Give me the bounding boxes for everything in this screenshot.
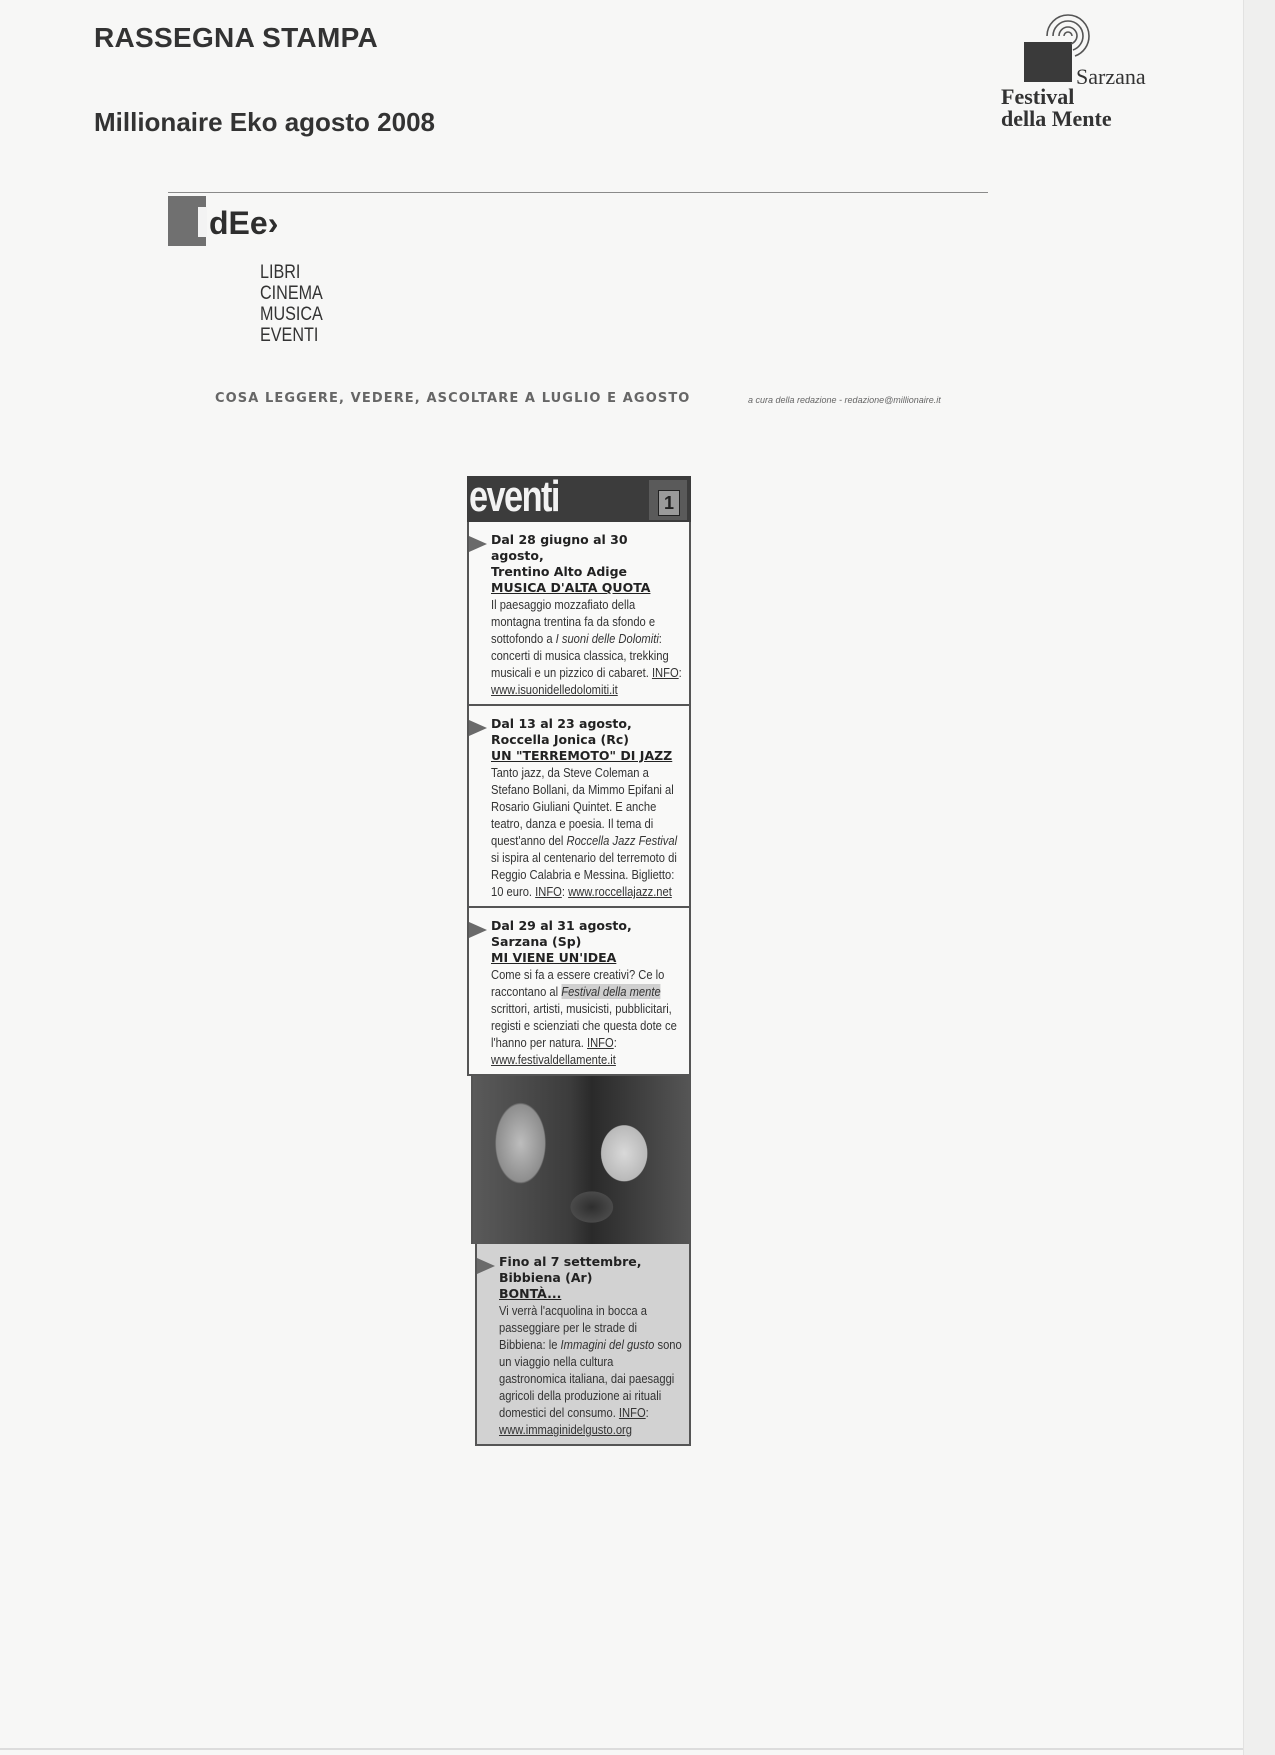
event-body: Tanto jazz, da Steve Coleman a Stefano B… bbox=[491, 764, 683, 900]
arrow-icon bbox=[477, 1258, 495, 1274]
calendar-badge: 1 bbox=[649, 480, 687, 520]
event-item: Dal 13 al 23 agosto, Roccella Jonica (Rc… bbox=[467, 706, 691, 908]
calendar-icon: 1 bbox=[658, 490, 680, 516]
eventi-heading: eventi bbox=[469, 472, 559, 522]
info-label: INFO bbox=[587, 1035, 614, 1050]
section-eventi: EVENTI bbox=[260, 325, 323, 346]
idee-first-letter bbox=[198, 207, 207, 237]
info-label: INFO bbox=[619, 1405, 646, 1420]
event-place: Roccella Jonica (Rc) bbox=[491, 732, 683, 748]
page-edge bbox=[1243, 0, 1275, 1755]
arrow-icon bbox=[469, 922, 487, 938]
event-link[interactable]: www.festivaldellamente.it bbox=[491, 1052, 616, 1067]
page-subtitle: Millionaire Eko agosto 2008 bbox=[94, 107, 435, 138]
eventi-header: eventi 1 bbox=[467, 476, 691, 522]
event-place: Trentino Alto Adige bbox=[491, 564, 683, 580]
event-title: MUSICA D'ALTA QUOTA bbox=[491, 580, 683, 596]
event-title: BONTÀ... bbox=[499, 1286, 683, 1302]
event-title: MI VIENE UN'IDEA bbox=[491, 950, 683, 966]
editorial-credit: a cura della redazione - redazione@milli… bbox=[748, 395, 941, 405]
info-label: INFO bbox=[652, 665, 679, 680]
logo-della-mente-text: della Mente bbox=[1001, 108, 1112, 130]
event-place: Sarzana (Sp) bbox=[491, 934, 683, 950]
section-cinema: CINEMA bbox=[260, 283, 323, 304]
logo-festival-text: Festival bbox=[1001, 86, 1112, 108]
arrow-icon bbox=[469, 536, 487, 552]
event-item: Fino al 7 settembre, Bibbiena (Ar) BONTÀ… bbox=[475, 1244, 691, 1446]
section-libri: LIBRI bbox=[260, 262, 323, 283]
couple-photo bbox=[471, 1076, 691, 1244]
event-body: Il paesaggio mozzafiato della montagna t… bbox=[491, 596, 683, 698]
event-title: UN "TERREMOTO" DI JAZZ bbox=[491, 748, 683, 764]
eventi-column: eventi 1 Dal 28 giugno al 30 agosto, Tre… bbox=[467, 476, 691, 1446]
spiral-icon bbox=[1038, 6, 1098, 66]
event-link[interactable]: www.isuonidelledolomiti.it bbox=[491, 682, 618, 697]
section-musica: MUSICA bbox=[260, 304, 323, 325]
idee-brand-text: dEe› bbox=[209, 205, 278, 241]
event-date: Dal 29 al 31 agosto, bbox=[491, 918, 683, 934]
event-body: Vi verrà l'acquolina in bocca a passeggi… bbox=[499, 1302, 683, 1438]
arrow-icon bbox=[469, 720, 487, 736]
event-date: Dal 13 al 23 agosto, bbox=[491, 716, 683, 732]
event-place: Bibbiena (Ar) bbox=[499, 1270, 683, 1286]
event-item: Dal 28 giugno al 30 agosto, Trentino Alt… bbox=[467, 522, 691, 706]
info-label: INFO bbox=[535, 884, 562, 899]
event-link[interactable]: www.immaginidelgusto.org bbox=[499, 1422, 632, 1437]
page-title: RASSEGNA STAMPA bbox=[94, 22, 378, 54]
event-link[interactable]: www.roccellajazz.net bbox=[568, 884, 672, 899]
event-body: Come si fa a essere creativi? Ce lo racc… bbox=[491, 966, 683, 1068]
page-bottom-edge bbox=[0, 1748, 1243, 1750]
tagline: COSA LEGGERE, VEDERE, ASCOLTARE A LUGLIO… bbox=[215, 391, 690, 406]
event-date: Fino al 7 settembre, bbox=[499, 1254, 683, 1270]
event-item: Dal 29 al 31 agosto, Sarzana (Sp) MI VIE… bbox=[467, 908, 691, 1076]
section-list: LIBRI CINEMA MUSICA EVENTI bbox=[260, 262, 323, 346]
event-date: Dal 28 giugno al 30 agosto, bbox=[491, 532, 683, 564]
logo-line-festival: Festival della Mente bbox=[1001, 86, 1112, 130]
festival-logo: Sarzana Festival della Mente bbox=[1000, 6, 1150, 136]
header-rule bbox=[168, 192, 988, 193]
idee-brand: dEe› bbox=[198, 203, 278, 243]
